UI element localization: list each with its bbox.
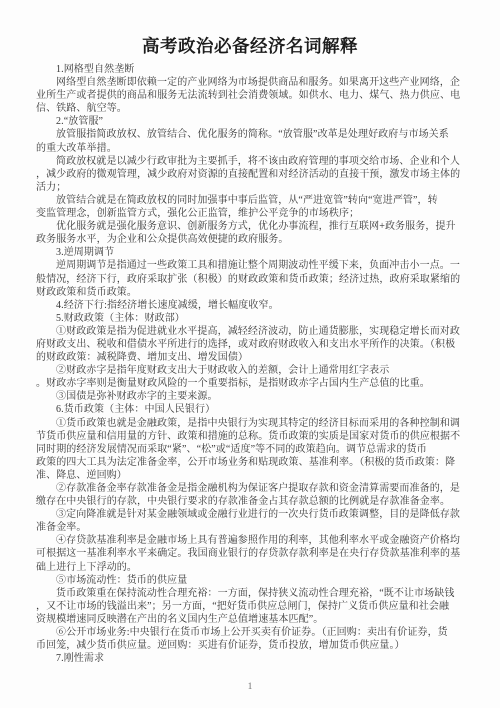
- text-line: 般情况，经济下行，政府采取扩张（积极）的财政政策和货币政策；经济过热，政府采取紧…: [36, 273, 466, 286]
- text-line: 2.“放管服”: [36, 115, 466, 128]
- text-line: ③定向降准就是针对某金融领域或金融行业进行的一次央行货币政策调整，目的是降低存款: [36, 508, 466, 521]
- text-line: 逆周期调节是指通过一些政策工具和措施让整个周期波动性平缓下来，负面冲击小一点。一: [36, 259, 466, 272]
- text-line: ⑤市场流动性：货币的供应量: [36, 574, 466, 587]
- text-line: ②财政赤字是指年度财政支出大于财政收入的差额，会计上通常用红字表示: [36, 364, 466, 377]
- text-line: 5.财政政策（主体：财政部）: [36, 312, 466, 325]
- text-line: 网络型自然垄断即依赖一定的产业网络为市场提供商品和服务。如果离开这些产业网络，企: [36, 76, 466, 89]
- text-line: ，减少政府的微观管理，减少政府对资源的直接配置和对经济活动的直接干预，激发市场主…: [36, 168, 466, 181]
- text-line: 资规模增速同反映潜在产出的名义国内生产总值增速基本匹配”。: [36, 613, 466, 626]
- text-line: ②存款准备金率存款准备金是指金融机构为保证客户提取存款和资金清算需要而准备的，是: [36, 482, 466, 495]
- text-line: 。财政赤字率则是衡量财政风险的一个重要指标，是指财政赤字占国内生产总值的比重。: [36, 377, 466, 390]
- text-line: 放管服指简政放权、放管结合、优化服务的简称。“放管服”改革是处理好政府与市场关系: [36, 128, 466, 141]
- text-line: ③国债是弥补财政赤字的主要来源。: [36, 390, 466, 403]
- text-line: 政务服务水平，为企业和公众提供高效便捷的政府服务。: [36, 233, 466, 246]
- text-line: 缴存在中央银行的存款，中央银行要求的存款准备金占其存款总额的比例就是存款准备金率…: [36, 495, 466, 508]
- text-line: 财政政策和货币政策。: [36, 286, 466, 299]
- text-line: 放管结合就是在简政放权的同时加强事中事后监管，从“严进宽管”转向“宽进严管”，转: [36, 194, 466, 207]
- text-line: 准备金率。: [36, 521, 466, 534]
- text-line: 府财政支出、税收和借债水平所进行的选择，或对政府财政收入和支出水平所作的决策。（…: [36, 338, 466, 351]
- text-line: 币回笼，减少货币供应量。逆回购：买进有价证券，货币投放，增加货币供应量。）: [36, 639, 466, 652]
- text-line: 政策的四大工具为法定准备金率，公开市场业务和贴现政策、基准利率。（积极的货币政策…: [36, 456, 466, 469]
- page-number: 1: [0, 682, 500, 692]
- text-line: 活力；: [36, 181, 466, 194]
- text-line: 的财政政策：减税降费、增加支出、增发国债）: [36, 351, 466, 364]
- text-line: 同时期的经济发展情况而采取“紧”、“松”或“适度”等不同的政策趋向。调节总需求的…: [36, 443, 466, 456]
- text-line: 1.网格型自然垄断: [36, 63, 466, 76]
- text-line: 6.货币政策（主体：中国人民银行）: [36, 403, 466, 416]
- text-line: 4.经济下行:指经济增长速度减缓，增长幅度收窄。: [36, 299, 466, 312]
- text-line: 7.刚性需求: [36, 652, 466, 665]
- document-page: 高考政治必备经济名词解释 1.网格型自然垄断网络型自然垄断即依赖一定的产业网络为…: [0, 0, 500, 708]
- text-line: 可根据这一基准利率水平来确定。我国商业银行的存贷款存款利率是在央行存贷款基准利率…: [36, 547, 466, 560]
- text-line: 简政放权就是以减少行政审批为主要抓手，将不该由政府管理的事项交给市场、企业和个人: [36, 155, 466, 168]
- text-line: ①货币政策也就是金融政策，是指中央银行为实现其特定的经济目标而采用的各种控制和调: [36, 417, 466, 430]
- text-line: 货币政策重在保持流动性合理充裕：一方面，保持狭义流动性合理充裕，“既不让市场缺钱: [36, 587, 466, 600]
- document-body: 1.网格型自然垄断网络型自然垄断即依赖一定的产业网络为市场提供商品和服务。如果离…: [36, 63, 466, 665]
- text-line: ①财政政策是指为促进就业水平提高，减轻经济波动，防止通货膨胀，实现稳定增长而对政: [36, 325, 466, 338]
- text-line: 础上进行上下浮动的。: [36, 561, 466, 574]
- text-line: 的重大改革举措。: [36, 142, 466, 155]
- text-line: ，又不让市场的钱溢出来”；另一方面，“把好货币供应总闸门，保持广义货币供应量和社…: [36, 600, 466, 613]
- text-line: ⑥公开市场业务:中央银行在货币市场上公开买卖有价证券。（正回购：卖出有价证券，货: [36, 626, 466, 639]
- text-line: 信、铁路、航空等。: [36, 102, 466, 115]
- text-line: 3.逆周期调节: [36, 246, 466, 259]
- text-line: 优化服务就是强化服务意识、创新服务方式，优化办事流程，推行互联网+政务服务，提升: [36, 220, 466, 233]
- text-line: 节货币供应量和信用量的方针、政策和措施的总称。货币政策的实质是国家对货币的供应根…: [36, 430, 466, 443]
- text-line: 变监管理念，创新监管方式，强化公正监管，维护公平竞争的市场秩序；: [36, 207, 466, 220]
- page-title: 高考政治必备经济名词解释: [0, 0, 500, 57]
- text-line: 准、降息、逆回购）: [36, 469, 466, 482]
- text-line: ④存贷款基准利率是金融市场上具有普遍参照作用的利率，其他利率水平或金融资产价格均: [36, 534, 466, 547]
- text-line: 业所生产或者提供的商品和服务无法流转到社会消费领域。如供水、电力、煤气、热力供应…: [36, 89, 466, 102]
